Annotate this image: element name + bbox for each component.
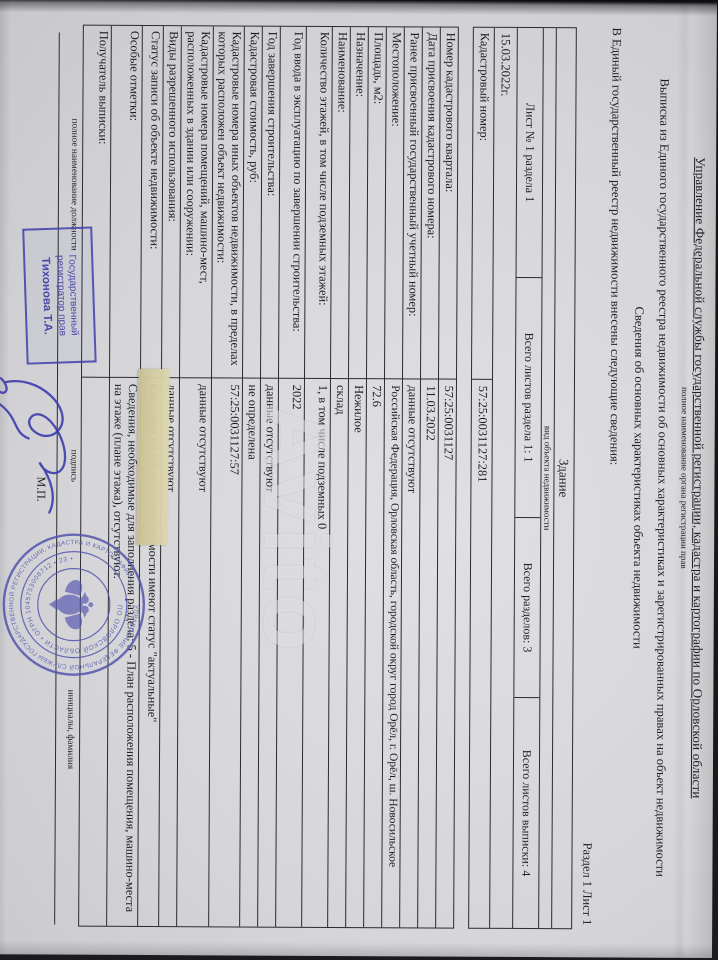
document-title: Выписка из Единого государственного реес… — [652, 18, 672, 938]
row-value: данные отсутствуют — [400, 379, 420, 927]
row-label: Виды разрешенного использования: — [162, 26, 181, 378]
document-subtitle: Сведения об основных характеристиках объ… — [628, 28, 648, 928]
table-row: Кадастровые номера иных объектов недвижи… — [208, 26, 243, 926]
sheet-info-row: Лист № 1 раздела 1Всего листов раздела 1… — [512, 28, 543, 928]
initials-caption: инициалы, фамилия — [65, 690, 75, 770]
row-label: Статус записи об объекте недвижимости: — [141, 26, 163, 378]
row-label: Особые отметки: — [110, 26, 142, 378]
row-value: 1, в том числе подземных 0 — [302, 379, 330, 927]
photo-background: Управление Федеральной службы государств… — [0, 0, 718, 960]
sheet-info-cell: Всего разделов: 3 — [514, 518, 540, 698]
row-value: данные отсутствуют — [258, 379, 278, 927]
characteristics-table: Номер кадастрового квартала: 57:25:00311… — [78, 25, 458, 929]
row-value: 11.03.2022 — [418, 379, 438, 927]
cadastral-number-value: 57:25:0031127:281 — [469, 380, 492, 928]
ink-signature — [0, 372, 97, 558]
registrar-stamp: Государственный регистратор прав Тихонов… — [22, 226, 96, 364]
tape-strip — [137, 369, 170, 545]
row-label: Местоположение: — [385, 27, 404, 379]
row-label: Назначение: — [349, 27, 368, 379]
row-label: Кадастровая стоимость, руб: — [243, 27, 262, 379]
row-label: Кадастровые номера помещений, машино-мес… — [180, 26, 213, 378]
row-label: Год завершения строительства: — [261, 27, 280, 379]
table-row: Кадастровые номера помещений, машино-мес… — [176, 26, 213, 926]
cadastral-number-label: Кадастровый номер: — [472, 28, 494, 380]
section-sheet-ref: Раздел 1 Лист 1 — [579, 843, 594, 926]
row-label: Номер кадастрового квартала: — [439, 28, 458, 380]
row-value: Российская Федерация, Орловская область,… — [382, 379, 402, 927]
row-value: 57:25:0031127:57 — [209, 378, 242, 926]
sheet-info-cell: Лист № 1 раздела 1 — [517, 28, 543, 278]
intro-line: В Единый государственный реестр недвижим… — [607, 27, 624, 465]
sheet-info-cell: Всего листов раздела 1: 1 — [515, 278, 541, 518]
row-label: Дата присвоения кадастрового номера: — [421, 27, 440, 379]
eagle-emblem-icon — [49, 580, 94, 630]
row-label: Наименование: — [331, 27, 350, 379]
table-row: Количество этажей, в том числе подземных… — [301, 27, 332, 927]
table-row: Год ввода в эксплуатацию по завершении с… — [275, 27, 306, 927]
row-value: склад — [328, 379, 348, 927]
row-value: 57:25:0031127 — [436, 380, 456, 928]
org-name-text: Управление Федеральной службы государств… — [690, 157, 708, 798]
row-value: 72.6 — [364, 379, 384, 927]
org-name: Управление Федеральной службы государств… — [688, 28, 709, 928]
row-label: Кадастровые номера иных объектов недвижи… — [212, 26, 244, 378]
extract-date-row: 15.03.2022г. — [489, 28, 517, 928]
document-page: Управление Федеральной службы государств… — [0, 0, 717, 958]
row-value: 2022 — [276, 379, 304, 927]
row-label: Год ввода в эксплуатацию по завершении с… — [279, 27, 306, 379]
registrar-stamp-name: Тихонова Т.А. — [38, 230, 54, 362]
sheet-info-cell: Всего листов выписки: 4 — [513, 698, 539, 928]
row-label: Ранее присвоенный государственный учетны… — [403, 27, 422, 379]
row-value: Нежилое — [346, 379, 366, 927]
row-value: данные отсутствуют — [177, 378, 211, 926]
row-label: Количество этажей, в том числе подземных… — [305, 27, 332, 379]
header-table: Здание вид объекта недвижимости Лист № 1… — [468, 27, 577, 930]
row-label: Площадь, м2: — [367, 27, 386, 379]
row-value: не определена — [240, 379, 260, 927]
